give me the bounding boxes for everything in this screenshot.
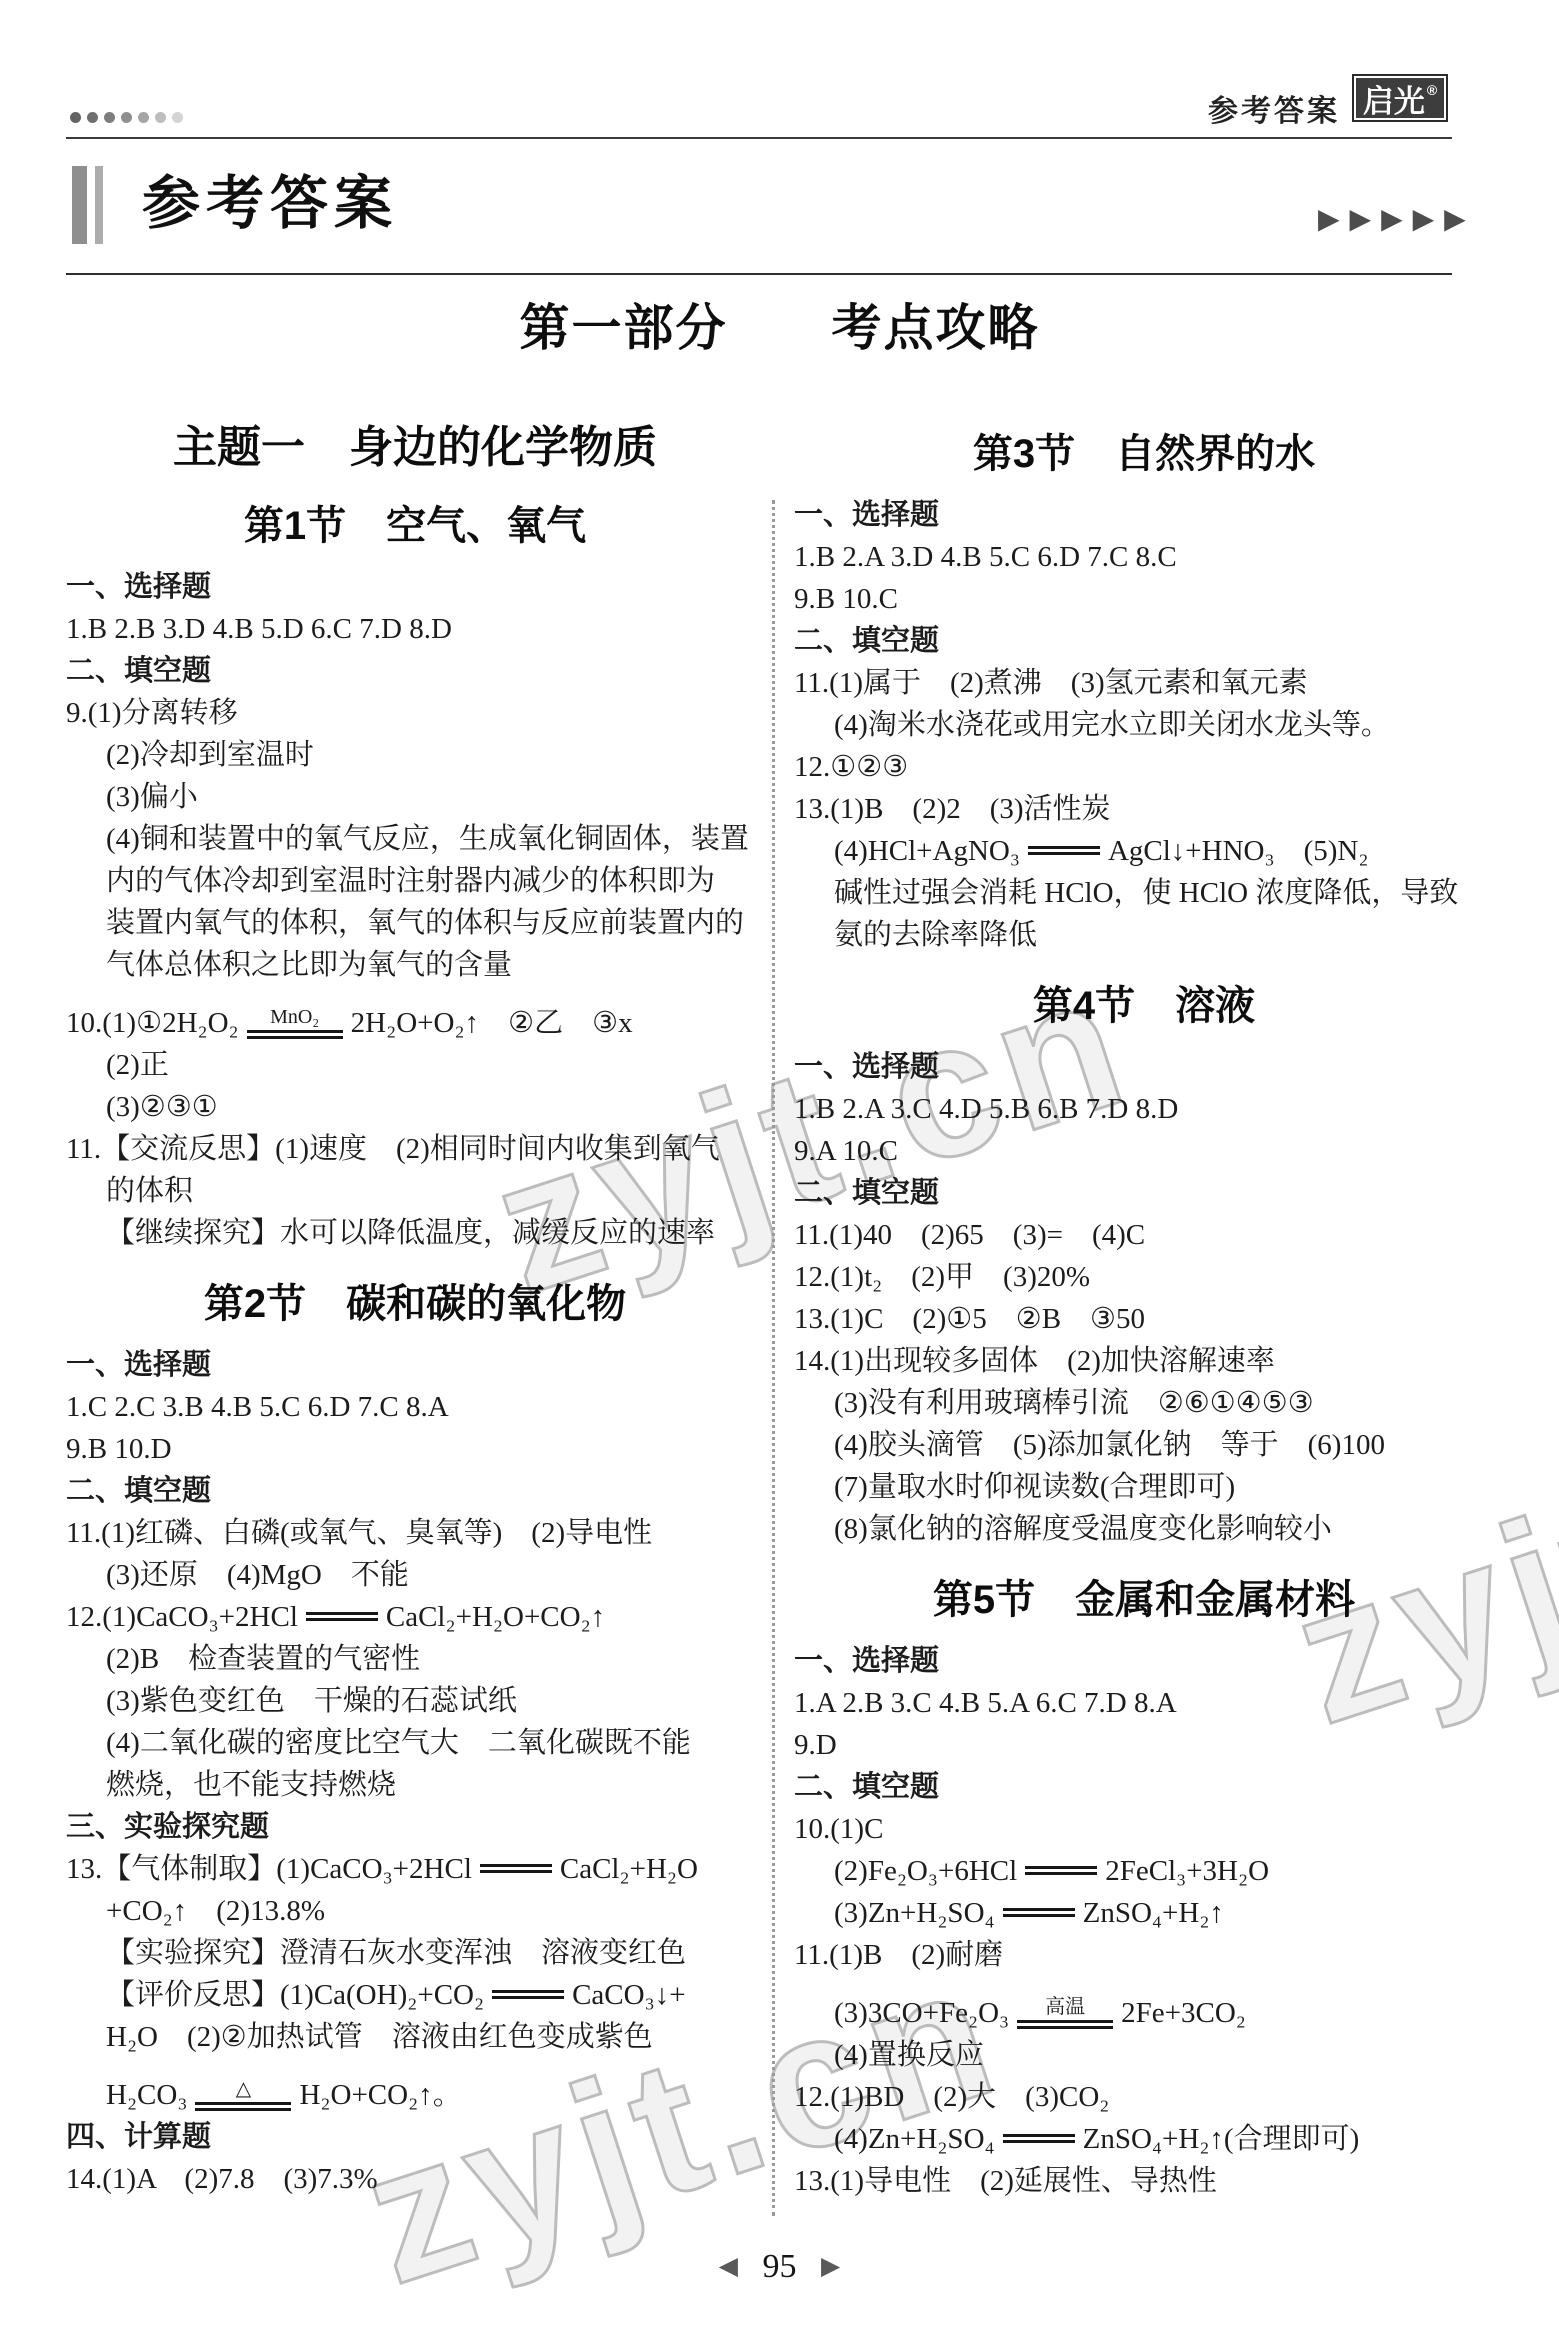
answer-line: 装置内氧气的体积，氧气的体积与反应前装置内的 <box>66 902 764 944</box>
answer-line: (3)②③① <box>66 1086 764 1128</box>
question-type-heading: 四、计算题 <box>66 2116 764 2158</box>
answer-line: 12.(1)CaCO₃+2HClCaCl₂+H₂O+CO₂↑ <box>66 1596 764 1638</box>
right-column: 第3节 自然界的水 一、选择题1.B 2.A 3.D 4.B 5.C 6.D 7… <box>794 428 1494 2202</box>
section-carbon-oxides: 第2节 碳和碳的氧化物 一、选择题1.C 2.C 3.B 4.B 5.C 6.D… <box>66 1278 764 2200</box>
answer-line: (4)置换反应 <box>794 2034 1494 2076</box>
answer-line: (3)Zn+H₂SO₄ZnSO₄+H₂↑ <box>794 1892 1494 1934</box>
answer-line: (7)量取水时仰视读数(合理即可) <box>794 1466 1494 1508</box>
answer-line: 1.B 2.A 3.C 4.D 5.B 6.B 7.D 8.D <box>794 1088 1494 1130</box>
answer-line: (4)二氧化碳的密度比空气大 二氧化碳既不能 <box>66 1722 764 1764</box>
question-type-heading: 一、选择题 <box>794 494 1494 536</box>
answer-line: (3)紫色变红色 干燥的石蕊试纸 <box>66 1680 764 1722</box>
answer-line: +CO₂↑ (2)13.8% <box>66 1890 764 1932</box>
answer-line: 11.【交流反思】(1)速度 (2)相同时间内收集到氧气 <box>66 1128 764 1170</box>
question-type-heading: 三、实验探究题 <box>66 1806 764 1848</box>
reaction-equals-sign <box>1028 846 1100 855</box>
answer-line: 13.(1)B (2)2 (3)活性炭 <box>794 788 1494 830</box>
answer-line: 1.B 2.A 3.D 4.B 5.C 6.D 7.C 8.C <box>794 536 1494 578</box>
section-title: 第4节 溶液 <box>794 980 1494 1032</box>
prev-page-icon: ◀ <box>719 2251 738 2280</box>
answer-line: (4)铜和装置中的氧气反应，生成氧化铜固体，装置 <box>66 818 764 860</box>
question-type-heading: 一、选择题 <box>66 566 764 608</box>
answer-line: 11.(1)B (2)耐磨 <box>794 1934 1494 1976</box>
answer-line: 10.(1)C <box>794 1808 1494 1850</box>
next-page-icon: ▶ <box>821 2251 840 2280</box>
answer-line: 1.C 2.C 3.B 4.B 5.C 6.D 7.C 8.A <box>66 1386 764 1428</box>
section-title: 第2节 碳和碳的氧化物 <box>66 1278 764 1330</box>
registered-mark: ® <box>1427 85 1437 95</box>
question-type-heading: 二、填空题 <box>794 1172 1494 1214</box>
left-column: 主题一 身边的化学物质 第1节 空气、氧气 一、选择题1.B 2.B 3.D 4… <box>66 420 764 2200</box>
answer-line: 10.(1)①2H₂O₂MnO₂2H₂O+O₂↑ ②乙 ③x <box>66 986 764 1044</box>
answer-line: 气体总体积之比即为氧气的含量 <box>66 944 764 986</box>
answer-line: 12.(1)t₂ (2)甲 (3)20% <box>794 1256 1494 1298</box>
section-lines: 一、选择题1.C 2.C 3.B 4.B 5.C 6.D 7.C 8.A9.B … <box>66 1344 764 2200</box>
theme-heading: 主题一 身边的化学物质 <box>66 420 764 476</box>
question-type-heading: 一、选择题 <box>794 1046 1494 1088</box>
answer-line: (2)B 检查装置的气密性 <box>66 1638 764 1680</box>
question-type-heading: 一、选择题 <box>794 1640 1494 1682</box>
answer-line: (2)正 <box>66 1044 764 1086</box>
answer-line: (4)Zn+H₂SO₄ZnSO₄+H₂↑(合理即可) <box>794 2118 1494 2160</box>
page-title: 参考答案 <box>142 156 398 240</box>
answer-line: H₂CO₃△H₂O+CO₂↑。 <box>66 2058 764 2116</box>
part-title: 第一部分 考点攻略 <box>0 288 1559 360</box>
answer-line: 【实验探究】澄清石灰水变浑浊 溶液变红色 <box>66 1932 764 1974</box>
question-type-heading: 二、填空题 <box>66 1470 764 1512</box>
question-type-heading: 一、选择题 <box>66 1344 764 1386</box>
answer-line: 碱性过强会消耗 HClO，使 HClO 浓度降低，导致 <box>794 872 1494 914</box>
answer-line: 13.(1)C (2)①5 ②B ③50 <box>794 1298 1494 1340</box>
answer-line: 1.A 2.B 3.C 4.B 5.A 6.C 7.D 8.A <box>794 1682 1494 1724</box>
answer-line: 氨的去除率降低 <box>794 914 1494 956</box>
section-title: 第1节 空气、氧气 <box>66 500 764 552</box>
brand-badge: 启光® <box>1352 74 1448 122</box>
brand-name: 启光 <box>1363 76 1425 121</box>
banner-rule <box>66 273 1452 275</box>
answer-line: (3)3CO+Fe₂O₃高温2Fe+3CO₂ <box>794 1976 1494 2034</box>
answer-line: (4)淘米水浇花或用完水立即关闭水龙头等。 <box>794 704 1494 746</box>
column-divider <box>772 500 775 2216</box>
reaction-equals-sign: MnO₂ <box>247 1006 343 1039</box>
answer-line: H₂O (2)②加热试管 溶液由红色变成紫色 <box>66 2016 764 2058</box>
answer-line: (2)Fe₂O₃+6HCl2FeCl₃+3H₂O <box>794 1850 1494 1892</box>
answer-line: 12.(1)BD (2)大 (3)CO₂ <box>794 2076 1494 2118</box>
section-lines: 一、选择题1.A 2.B 3.C 4.B 5.A 6.C 7.D 8.A9.D二… <box>794 1640 1494 2202</box>
answer-line: 9.B 10.D <box>66 1428 764 1470</box>
answer-line: 9.(1)分离转移 <box>66 692 764 734</box>
header-rule <box>66 137 1452 139</box>
answer-line: (4)胶头滴管 (5)添加氯化钠 等于 (6)100 <box>794 1424 1494 1466</box>
section-metals: 第5节 金属和金属材料 一、选择题1.A 2.B 3.C 4.B 5.A 6.C… <box>794 1574 1494 2202</box>
reaction-equals-sign <box>1025 1866 1097 1875</box>
answer-line: 9.A 10.C <box>794 1130 1494 1172</box>
section-natural-water: 第3节 自然界的水 一、选择题1.B 2.A 3.D 4.B 5.C 6.D 7… <box>794 428 1494 956</box>
banner-bar-icon <box>72 166 87 244</box>
answer-line: 燃烧，也不能支持燃烧 <box>66 1764 764 1806</box>
answer-line: (2)冷却到室温时 <box>66 734 764 776</box>
arrows-right-icon: ▶▶▶▶▶ <box>1318 202 1476 235</box>
section-air-oxygen: 第1节 空气、氧气 一、选择题1.B 2.B 3.D 4.B 5.D 6.C 7… <box>66 500 764 1254</box>
answer-line: 【评价反思】(1)Ca(OH)₂+CO₂CaCO₃↓+ <box>66 1974 764 2016</box>
reaction-equals-sign <box>492 1990 564 1999</box>
answer-line: (4)HCl+AgNO₃AgCl↓+HNO₃ (5)N₂ <box>794 830 1494 872</box>
answer-line: 13.(1)导电性 (2)延展性、导热性 <box>794 2160 1494 2202</box>
header-answers-label: 参考答案 <box>1208 86 1340 130</box>
section-title: 第3节 自然界的水 <box>794 428 1494 480</box>
question-type-heading: 二、填空题 <box>66 650 764 692</box>
section-title: 第5节 金属和金属材料 <box>794 1574 1494 1626</box>
question-type-heading: 二、填空题 <box>794 620 1494 662</box>
section-lines: 一、选择题1.B 2.B 3.D 4.B 5.D 6.C 7.D 8.D二、填空… <box>66 566 764 1254</box>
reaction-equals-sign <box>480 1864 552 1873</box>
banner-bar-icon <box>95 166 103 244</box>
answer-line: 14.(1)A (2)7.8 (3)7.3% <box>66 2158 764 2200</box>
answer-line: 的体积 <box>66 1170 764 1212</box>
answer-line: 9.B 10.C <box>794 578 1494 620</box>
reaction-equals-sign <box>306 1612 378 1621</box>
answer-line: (8)氯化钠的溶解度受温度变化影响较小 <box>794 1508 1494 1550</box>
reaction-equals-sign: △ <box>195 2078 291 2111</box>
answer-line: 11.(1)属于 (2)煮沸 (3)氢元素和氧元素 <box>794 662 1494 704</box>
page-number: 95 <box>763 2248 797 2285</box>
answer-line: 内的气体冷却到室温时注射器内减少的体积即为 <box>66 860 764 902</box>
answer-line: (3)偏小 <box>66 776 764 818</box>
answer-line: (3)没有利用玻璃棒引流 ②⑥①④⑤③ <box>794 1382 1494 1424</box>
page-footer: ◀ 95 ▶ <box>0 2248 1559 2286</box>
answer-line: 9.D <box>794 1724 1494 1766</box>
answer-line: 【继续探究】水可以降低温度，减缓反应的速率 <box>66 1212 764 1254</box>
reaction-equals-sign <box>1003 2134 1075 2143</box>
answer-line: 11.(1)40 (2)65 (3)= (4)C <box>794 1214 1494 1256</box>
answer-line: 13.【气体制取】(1)CaCO₃+2HClCaCl₂+H₂O <box>66 1848 764 1890</box>
answer-line: (3)还原 (4)MgO 不能 <box>66 1554 764 1596</box>
answer-line: 12.①②③ <box>794 746 1494 788</box>
section-lines: 一、选择题1.B 2.A 3.C 4.D 5.B 6.B 7.D 8.D9.A … <box>794 1046 1494 1550</box>
answer-page: 参考答案 启光® 参考答案 ▶▶▶▶▶ 第一部分 考点攻略 zyjt.cn zy… <box>0 0 1559 2336</box>
reaction-equals-sign: 高温 <box>1017 1996 1113 2029</box>
section-solutions: 第4节 溶液 一、选择题1.B 2.A 3.C 4.D 5.B 6.B 7.D … <box>794 980 1494 1550</box>
header-dots-icon <box>70 112 183 123</box>
section-lines: 一、选择题1.B 2.A 3.D 4.B 5.C 6.D 7.C 8.C9.B … <box>794 494 1494 956</box>
answer-line: 14.(1)出现较多固体 (2)加快溶解速率 <box>794 1340 1494 1382</box>
answer-line: 11.(1)红磷、白磷(或氧气、臭氧等) (2)导电性 <box>66 1512 764 1554</box>
question-type-heading: 二、填空题 <box>794 1766 1494 1808</box>
answer-line: 1.B 2.B 3.D 4.B 5.D 6.C 7.D 8.D <box>66 608 764 650</box>
reaction-equals-sign <box>1003 1908 1075 1917</box>
